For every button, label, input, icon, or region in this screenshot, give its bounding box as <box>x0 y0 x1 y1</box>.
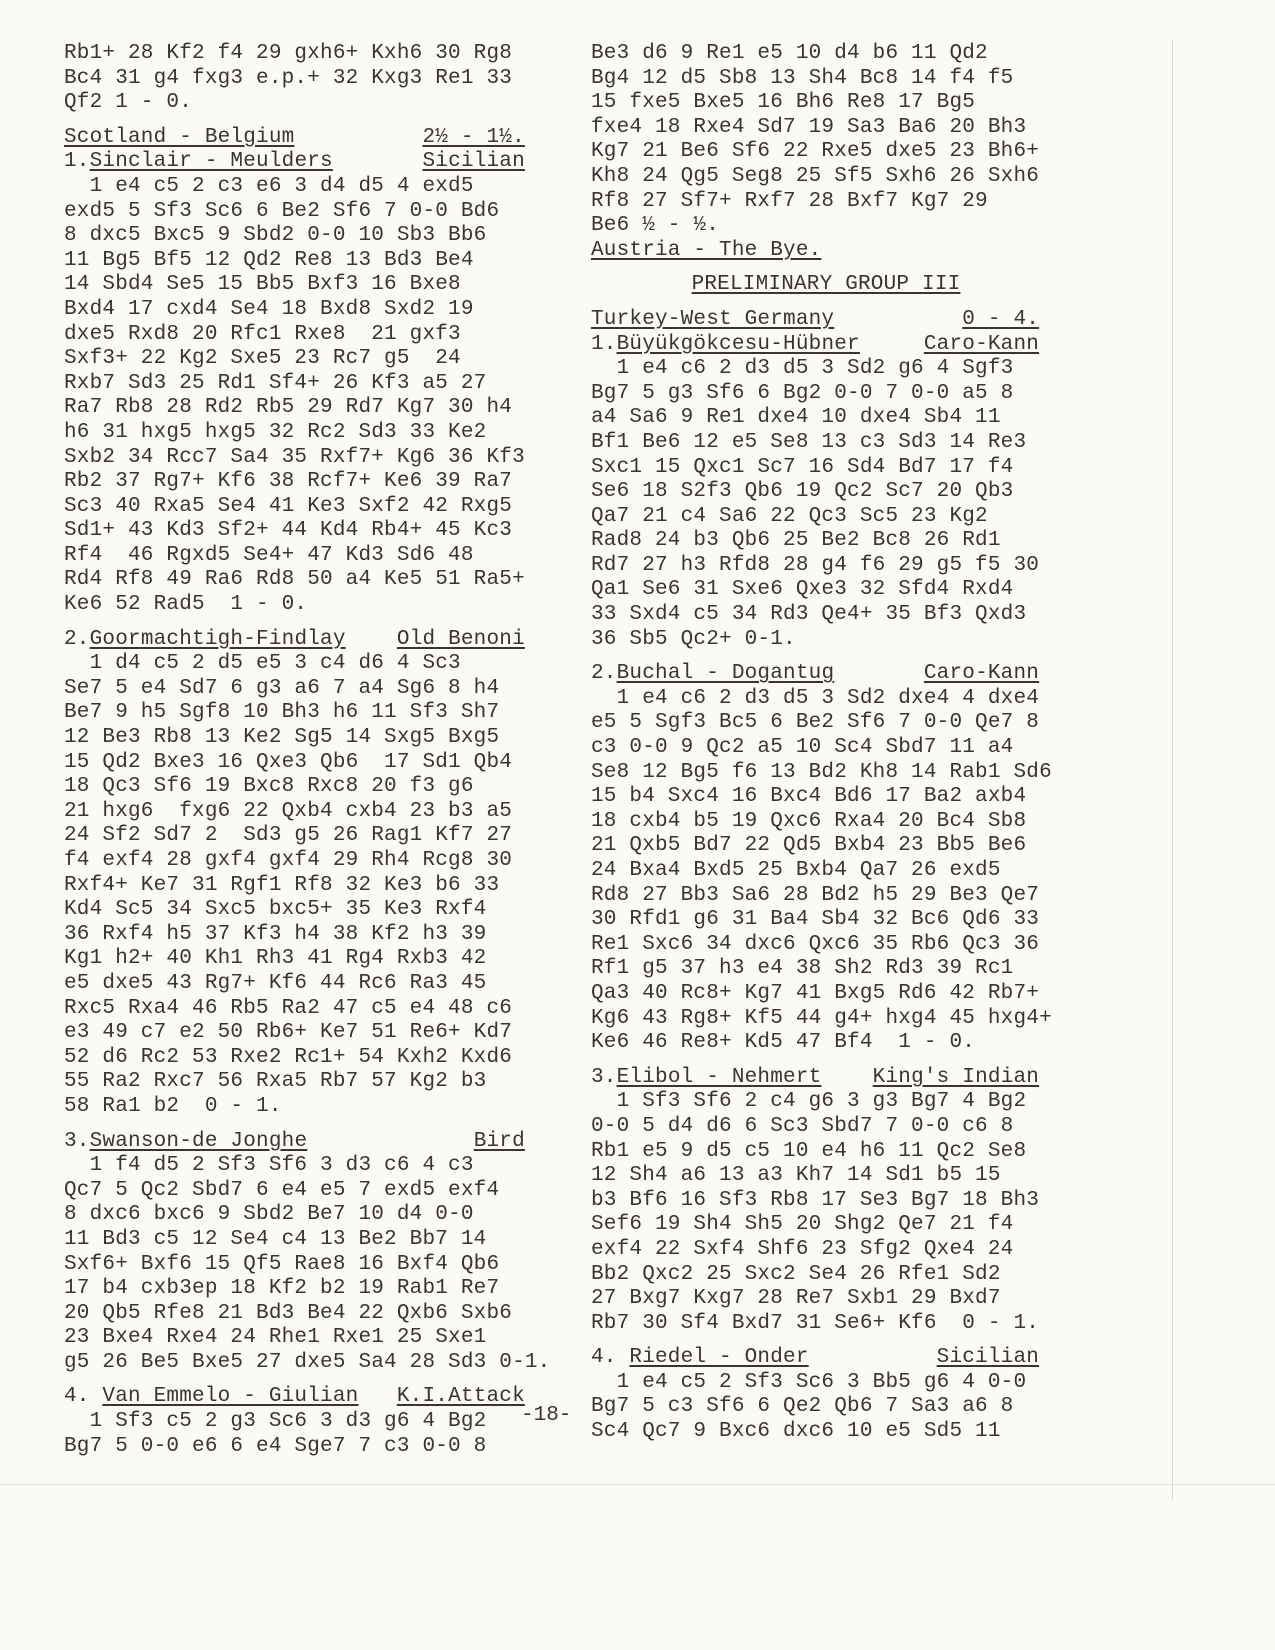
move-line: Qa3 40 Rc8+ Kg7 41 Bxg5 Rd6 42 Rb7+ <box>591 982 1061 1007</box>
bye-text: Austria - The Bye. <box>591 239 821 262</box>
move-line: 1 e4 c6 2 d3 d5 3 Sd2 g6 4 Sgf3 <box>591 357 1061 382</box>
move-line: Kg6 43 Rg8+ Kf5 44 g4+ hxg4 45 hxg4+ <box>591 1007 1061 1032</box>
game-opening: Caro-Kann <box>924 662 1039 685</box>
move-line: Ke6 52 Rad5 1 - 0. <box>64 593 569 618</box>
move-line: Rb1 e5 9 d5 c5 10 e4 h6 11 Qc2 Se8 <box>591 1140 1061 1165</box>
game-players: Büyükgökcesu-Hübner <box>617 333 860 356</box>
spacer <box>591 263 1061 273</box>
match-teams: Turkey-West Germany <box>591 308 834 331</box>
move-line: Bg4 12 d5 Sb8 13 Sh4 Bc8 14 f4 f5 <box>591 67 1061 92</box>
game-header: 3.Elibol - Nehmert King's Indian <box>591 1066 1061 1091</box>
move-line: Bf1 Be6 12 e5 Se8 13 c3 Sd3 14 Re3 <box>591 431 1061 456</box>
move-line: fxe4 18 Rxe4 Sd7 19 Sa3 Ba6 20 Bh3 <box>591 116 1061 141</box>
move-line: 58 Ra1 b2 0 - 1. <box>64 1095 569 1120</box>
page-bottom-edge <box>0 1484 1275 1485</box>
move-line: e5 dxe5 43 Rg7+ Kf6 44 Rc6 Ra3 45 <box>64 972 569 997</box>
move-line: Qa7 21 c4 Sa6 22 Qc3 Sc5 23 Kg2 <box>591 505 1061 530</box>
game-opening: Sicilian <box>422 150 524 173</box>
move-line: 15 Qd2 Bxe3 16 Qxe3 Qb6 17 Sd1 Qb4 <box>64 751 569 776</box>
move-line: h6 31 hxg5 hxg5 32 Rc2 Sd3 33 Ke2 <box>64 421 569 446</box>
move-line: Rb1+ 28 Kf2 f4 29 gxh6+ Kxh6 30 Rg8 <box>64 42 569 67</box>
move-line: Kd4 Sc5 34 Sxc5 bxc5+ 35 Ke3 Rxf4 <box>64 898 569 923</box>
game-opening: K.I.Attack <box>397 1385 525 1408</box>
move-line: 30 Rfd1 g6 31 Ba4 Sb4 32 Bc6 Qd6 33 <box>591 908 1061 933</box>
move-line: Sxb2 34 Rcc7 Sa4 35 Rxf7+ Kg6 36 Kf3 <box>64 446 569 471</box>
move-line: Bg7 5 c3 Sf6 6 Qe2 Qb6 7 Sa3 a6 8 <box>591 1395 1061 1420</box>
move-line: 33 Sxd4 c5 34 Rd3 Qe4+ 35 Bf3 Qxd3 <box>591 603 1061 628</box>
move-line: Rxf4+ Ke7 31 Rgf1 Rf8 32 Ke3 b6 33 <box>64 874 569 899</box>
move-line: 18 Qc3 Sf6 19 Bxc8 Rxc8 20 f3 g6 <box>64 775 569 800</box>
right-column: Be3 d6 9 Re1 e5 10 d4 b6 11 Qd2Bg4 12 d5… <box>591 42 1061 1445</box>
game-header: 2.Goormachtigh-Findlay Old Benoni <box>64 628 569 653</box>
game-header: 4. Riedel - Onder Sicilian <box>591 1346 1061 1371</box>
move-line: 20 Qb5 Rfe8 21 Bd3 Be4 22 Qxb6 Sxb6 <box>64 1302 569 1327</box>
game-number: 1. <box>591 333 617 356</box>
game-number: 4. <box>591 1346 629 1369</box>
game-header: 1.Büyükgökcesu-Hübner Caro-Kann <box>591 333 1061 358</box>
move-line: Qa1 Se6 31 Sxe6 Qxe3 32 Sfd4 Rxd4 <box>591 578 1061 603</box>
move-line: Bg7 5 g3 Sf6 6 Bg2 0-0 7 0-0 a5 8 <box>591 382 1061 407</box>
spacer <box>64 116 569 126</box>
move-line: Kh8 24 Qg5 Seg8 25 Sf5 Sxh6 26 Sxh6 <box>591 165 1061 190</box>
move-line: 11 Bd3 c5 12 Se4 c4 13 Be2 Bb7 14 <box>64 1228 569 1253</box>
game-number: 2. <box>591 662 617 685</box>
move-line: 1 Sf3 c5 2 g3 Sc6 3 d3 g6 4 Bg2 <box>64 1410 569 1435</box>
section-title: PRELIMINARY GROUP III <box>591 273 1061 298</box>
game-number: 3. <box>591 1066 617 1089</box>
move-line: 15 b4 Sxc4 16 Bxc4 Bd6 17 Ba2 axb4 <box>591 785 1061 810</box>
match-teams: Scotland - Belgium <box>64 126 294 149</box>
game-players: Elibol - Nehmert <box>617 1066 822 1089</box>
move-line: 12 Be3 Rb8 13 Ke2 Sg5 14 Sxg5 Bxg5 <box>64 726 569 751</box>
move-line: 8 dxc6 bxc6 9 Sbd2 Be7 10 d4 0-0 <box>64 1203 569 1228</box>
move-line: a4 Sa6 9 Re1 dxe4 10 dxe4 Sb4 11 <box>591 406 1061 431</box>
game-opening: Caro-Kann <box>924 333 1039 356</box>
move-line: 15 fxe5 Bxe5 16 Bh6 Re8 17 Bg5 <box>591 91 1061 116</box>
spacer <box>64 618 569 628</box>
move-line: 1 e4 c5 2 Sf3 Sc6 3 Bb5 g6 4 0-0 <box>591 1371 1061 1396</box>
move-line: Rxc5 Rxa4 46 Rb5 Ra2 47 c5 e4 48 c6 <box>64 997 569 1022</box>
move-line: Se7 5 e4 Sd7 6 g3 a6 7 a4 Sg6 8 h4 <box>64 677 569 702</box>
move-line: Qc7 5 Qc2 Sbd7 6 e4 e5 7 exd5 exf4 <box>64 1179 569 1204</box>
move-line: 1 e4 c5 2 c3 e6 3 d4 d5 4 exd5 <box>64 175 569 200</box>
move-line: Rd7 27 h3 Rfd8 28 g4 f6 29 g5 f5 30 <box>591 554 1061 579</box>
spacer <box>591 1056 1061 1066</box>
move-line: Se6 18 S2f3 Qb6 19 Qc2 Sc7 20 Qb3 <box>591 480 1061 505</box>
move-line: Bxd4 17 cxd4 Se4 18 Bxd8 Sxd2 19 <box>64 298 569 323</box>
game-header: 2.Buchal - Dogantug Caro-Kann <box>591 662 1061 687</box>
section-title-text: PRELIMINARY GROUP III <box>692 273 961 296</box>
move-line: dxe5 Rxd8 20 Rfc1 Rxe8 21 gxf3 <box>64 323 569 348</box>
move-line: Kg7 21 Be6 Sf6 22 Rxe5 dxe5 23 Bh6+ <box>591 140 1061 165</box>
move-line: 21 Qxb5 Bd7 22 Qd5 Bxb4 23 Bb5 Be6 <box>591 834 1061 859</box>
move-line: 55 Ra2 Rxc7 56 Rxa5 Rb7 57 Kg2 b3 <box>64 1070 569 1095</box>
match-header: Turkey-West Germany 0 - 4. <box>591 308 1061 333</box>
move-line: Sxf6+ Bxf6 15 Qf5 Rae8 16 Bxf4 Qb6 <box>64 1253 569 1278</box>
move-line: 36 Rxf4 h5 37 Kf3 h4 38 Kf2 h3 39 <box>64 923 569 948</box>
move-line: 12 Sh4 a6 13 a3 Kh7 14 Sd1 b5 15 <box>591 1164 1061 1189</box>
game-number: 3. <box>64 1130 90 1153</box>
move-line: Se8 12 Bg5 f6 13 Bd2 Kh8 14 Rab1 Sd6 <box>591 761 1061 786</box>
game-header: 3.Swanson-de Jonghe Bird <box>64 1130 569 1155</box>
move-line: Sef6 19 Sh4 Sh5 20 Shg2 Qe7 21 f4 <box>591 1213 1061 1238</box>
move-line: Rf8 27 Sf7+ Rxf7 28 Bxf7 Kg7 29 <box>591 190 1061 215</box>
move-line: Ra7 Rb8 28 Rd2 Rb5 29 Rd7 Kg7 30 h4 <box>64 396 569 421</box>
move-line: Rxb7 Sd3 25 Rd1 Sf4+ 26 Kf3 a5 27 <box>64 372 569 397</box>
move-line: 11 Bg5 Bf5 12 Qd2 Re8 13 Bd3 Be4 <box>64 249 569 274</box>
move-line: Qf2 1 - 0. <box>64 91 569 116</box>
move-line: 36 Sb5 Qc2+ 0-1. <box>591 628 1061 653</box>
move-line: 1 f4 d5 2 Sf3 Sf6 3 d3 c6 4 c3 <box>64 1154 569 1179</box>
spacer <box>591 1336 1061 1346</box>
move-line: Rf1 g5 37 h3 e4 38 Sh2 Rd3 39 Rc1 <box>591 957 1061 982</box>
move-line: Bb2 Qxc2 25 Sxc2 Se4 26 Rfe1 Sd2 <box>591 1263 1061 1288</box>
move-line: Bc4 31 g4 fxg3 e.p.+ 32 Kxg3 Re1 33 <box>64 67 569 92</box>
move-line: Be6 ½ - ½. <box>591 214 1061 239</box>
move-line: c3 0-0 9 Qc2 a5 10 Sc4 Sbd7 11 a4 <box>591 736 1061 761</box>
spacer <box>591 652 1061 662</box>
match-score: 2½ - 1½. <box>422 126 524 149</box>
game-number: 4. <box>64 1385 102 1408</box>
game-players: Swanson-de Jonghe <box>90 1130 308 1153</box>
move-line: Sxc1 15 Qxc1 Sc7 16 Sd4 Bd7 17 f4 <box>591 456 1061 481</box>
move-line: 18 cxb4 b5 19 Qxc6 Rxa4 20 Bc4 Sb8 <box>591 810 1061 835</box>
game-players: Van Emmelo - Giulian <box>102 1385 358 1408</box>
game-header: 1.Sinclair - Meulders Sicilian <box>64 150 569 175</box>
spacer <box>64 1120 569 1130</box>
move-line: b3 Bf6 16 Sf3 Rb8 17 Se3 Bg7 18 Bh3 <box>591 1189 1061 1214</box>
move-line: f4 exf4 28 gxf4 gxf4 29 Rh4 Rcg8 30 <box>64 849 569 874</box>
move-line: Sc3 40 Rxa5 Se4 41 Ke3 Sxf2 42 Rxg5 <box>64 495 569 520</box>
game-opening: Sicilian <box>937 1346 1039 1369</box>
move-line: Rad8 24 b3 Qb6 25 Be2 Bc8 26 Rd1 <box>591 529 1061 554</box>
move-line: Re1 Sxc6 34 dxc6 Qxc6 35 Rb6 Qc3 36 <box>591 933 1061 958</box>
move-line: Rd8 27 Bb3 Sa6 28 Bd2 h5 29 Be3 Qe7 <box>591 884 1061 909</box>
move-line: e5 5 Sgf3 Bc5 6 Be2 Sf6 7 0-0 Qe7 8 <box>591 711 1061 736</box>
game-opening: Old Benoni <box>397 628 525 651</box>
move-line: Sd1+ 43 Kd3 Sf2+ 44 Kd4 Rb4+ 45 Kc3 <box>64 519 569 544</box>
move-line: Kg1 h2+ 40 Kh1 Rh3 41 Rg4 Rxb3 42 <box>64 947 569 972</box>
move-line: e3 49 c7 e2 50 Rb6+ Ke7 51 Re6+ Kd7 <box>64 1021 569 1046</box>
move-line: Be7 9 h5 Sgf8 10 Bh3 h6 11 Sf3 Sh7 <box>64 701 569 726</box>
game-players: Sinclair - Meulders <box>90 150 333 173</box>
page-number: -18- <box>521 1404 571 1427</box>
game-players: Riedel - Onder <box>629 1346 808 1369</box>
move-line: Ke6 46 Re8+ Kd5 47 Bf4 1 - 0. <box>591 1031 1061 1056</box>
move-line: 8 dxc5 Bxc5 9 Sbd2 0-0 10 Sb3 Bb6 <box>64 224 569 249</box>
spacer <box>64 1375 569 1385</box>
game-header: 4. Van Emmelo - Giulian K.I.Attack <box>64 1385 569 1410</box>
match-header: Scotland - Belgium 2½ - 1½. <box>64 126 569 151</box>
move-line: 27 Bxg7 Kxg7 28 Re7 Sxb1 29 Bxd7 <box>591 1287 1061 1312</box>
move-line: Rb2 37 Rg7+ Kf6 38 Rcf7+ Ke6 39 Ra7 <box>64 470 569 495</box>
move-line: 24 Sf2 Sd7 2 Sd3 g5 26 Rag1 Kf7 27 <box>64 824 569 849</box>
move-line: 1 d4 c5 2 d5 e5 3 c4 d6 4 Sc3 <box>64 652 569 677</box>
move-line: 0-0 5 d4 d6 6 Sc3 Sbd7 7 0-0 c6 8 <box>591 1115 1061 1140</box>
bye-note: Austria - The Bye. <box>591 239 1061 264</box>
move-line: 52 d6 Rc2 53 Rxe2 Rc1+ 54 Kxh2 Kxd6 <box>64 1046 569 1071</box>
move-line: exd5 5 Sf3 Sc6 6 Be2 Sf6 7 0-0 Bd6 <box>64 200 569 225</box>
page-edge-line <box>1172 40 1173 1500</box>
move-line: Rd4 Rf8 49 Ra6 Rd8 50 a4 Ke5 51 Ra5+ <box>64 568 569 593</box>
move-line: 1 Sf3 Sf6 2 c4 g6 3 g3 Bg7 4 Bg2 <box>591 1090 1061 1115</box>
move-line: Be3 d6 9 Re1 e5 10 d4 b6 11 Qd2 <box>591 42 1061 67</box>
game-number: 1. <box>64 150 90 173</box>
move-line: Rf4 46 Rgxd5 Se4+ 47 Kd3 Sd6 48 <box>64 544 569 569</box>
match-score: 0 - 4. <box>962 308 1039 331</box>
move-line: 1 e4 c6 2 d3 d5 3 Sd2 dxe4 4 dxe4 <box>591 687 1061 712</box>
move-line: 21 hxg6 fxg6 22 Qxb4 cxb4 23 b3 a5 <box>64 800 569 825</box>
game-players: Goormachtigh-Findlay <box>90 628 346 651</box>
game-number: 2. <box>64 628 90 651</box>
move-line: Sxf3+ 22 Kg2 Sxe5 23 Rc7 g5 24 <box>64 347 569 372</box>
move-line: 23 Bxe4 Rxe4 24 Rhe1 Rxe1 25 Sxe1 <box>64 1326 569 1351</box>
game-players: Buchal - Dogantug <box>617 662 835 685</box>
move-line: 17 b4 cxb3ep 18 Kf2 b2 19 Rab1 Re7 <box>64 1277 569 1302</box>
move-line: Bg7 5 0-0 e6 6 e4 Sge7 7 c3 0-0 8 <box>64 1435 569 1460</box>
move-line: 14 Sbd4 Se5 15 Bb5 Bxf3 16 Bxe8 <box>64 273 569 298</box>
game-opening: Bird <box>474 1130 525 1153</box>
move-line: g5 26 Be5 Bxe5 27 dxe5 Sa4 28 Sd3 0-1. <box>64 1351 569 1376</box>
spacer <box>591 298 1061 308</box>
move-line: 24 Bxa4 Bxd5 25 Bxb4 Qa7 26 exd5 <box>591 859 1061 884</box>
left-column: Rb1+ 28 Kf2 f4 29 gxh6+ Kxh6 30 Rg8Bc4 3… <box>64 42 569 1459</box>
move-line: exf4 22 Sxf4 Shf6 23 Sfg2 Qxe4 24 <box>591 1238 1061 1263</box>
game-opening: King's Indian <box>873 1066 1039 1089</box>
move-line: Sc4 Qc7 9 Bxc6 dxc6 10 e5 Sd5 11 <box>591 1420 1061 1445</box>
move-line: Rb7 30 Sf4 Bxd7 31 Se6+ Kf6 0 - 1. <box>591 1312 1061 1337</box>
